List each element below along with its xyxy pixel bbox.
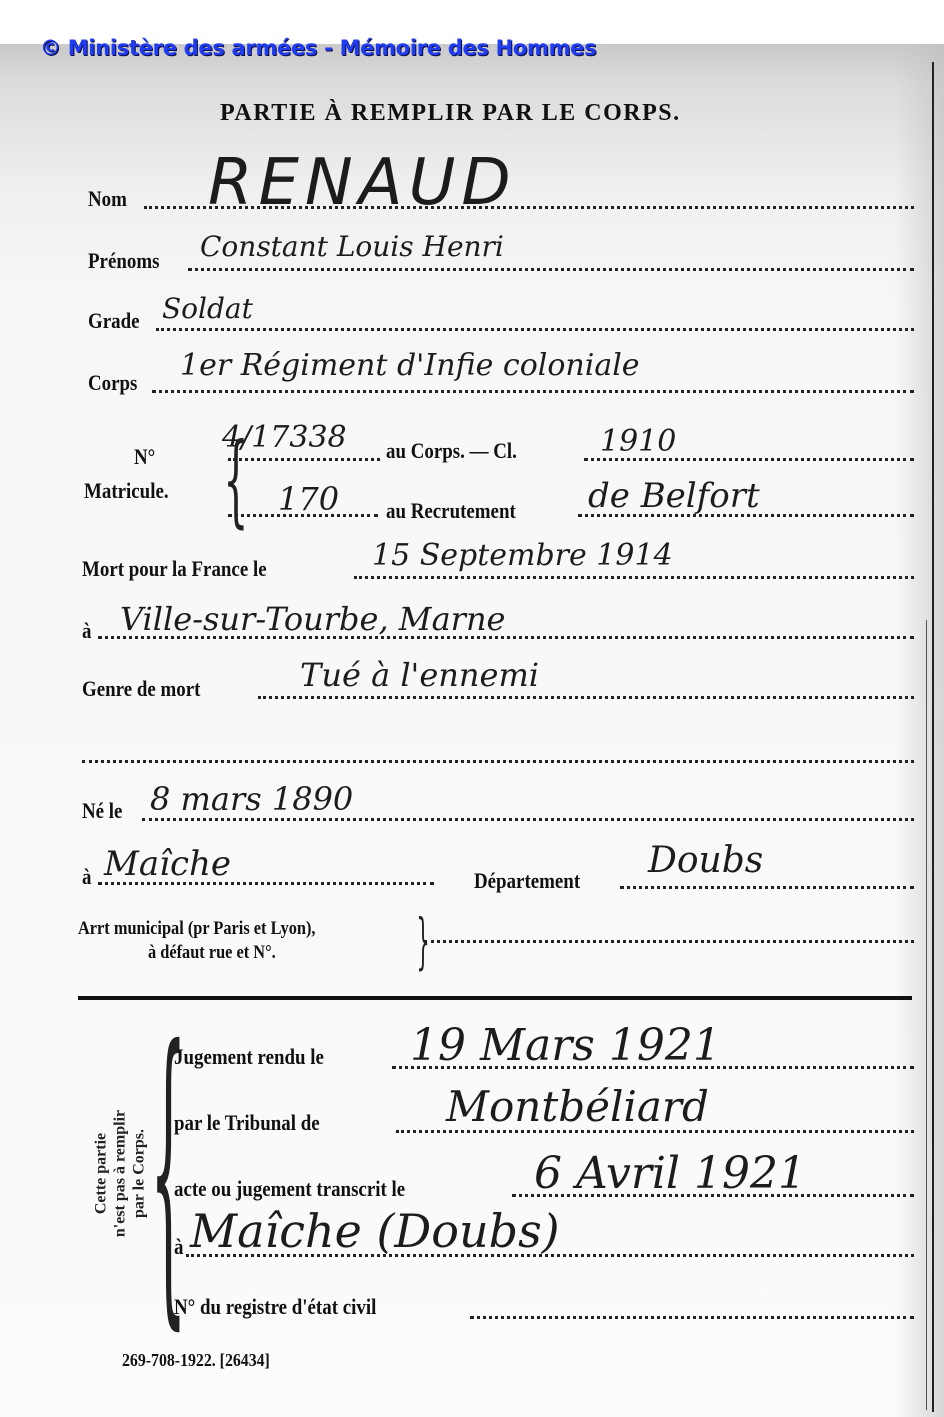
value-nom: RENAUD — [208, 146, 517, 220]
value-au-corps: 4/17338 — [222, 420, 347, 455]
line-mort-date — [354, 576, 914, 579]
right-inner-rule — [926, 620, 927, 1410]
label-mort-date: Mort pour la France le — [82, 556, 267, 582]
line-grade — [156, 328, 914, 331]
label-au-corps: au Corps. — Cl. — [386, 438, 517, 464]
value-corps: 1er Régiment d'Infie coloniale — [180, 348, 640, 383]
label-transcrit-lieu: à — [174, 1234, 183, 1260]
value-classe: 1910 — [600, 424, 676, 459]
copyright-watermark: © Ministère des armées - Mémoire des Hom… — [40, 36, 596, 60]
value-prenoms: Constant Louis Henri — [200, 230, 504, 263]
line-extra — [82, 760, 914, 763]
label-prenoms: Prénoms — [88, 248, 159, 274]
line-au-corps — [228, 458, 380, 461]
right-border-rule — [932, 62, 934, 1412]
label-grade: Grade — [88, 308, 140, 334]
value-recrutement-no: 170 — [278, 480, 339, 518]
value-departement: Doubs — [648, 840, 763, 881]
value-jugement: 19 Mars 1921 — [410, 1020, 721, 1071]
label-registre: N° du registre d'état civil — [174, 1294, 376, 1320]
line-ne-le — [142, 818, 914, 821]
side-note-line-1: Cette partie — [92, 1079, 111, 1269]
label-matricule-no: N° — [134, 444, 155, 470]
line-registre — [470, 1316, 914, 1319]
value-ne-le: 8 mars 1890 — [150, 780, 353, 818]
label-genre-mort: Genre de mort — [82, 676, 200, 702]
label-matricule: Matricule. — [84, 478, 169, 504]
label-departement: Département — [474, 868, 580, 894]
section-divider — [78, 996, 912, 1000]
label-recrutement: au Recrutement — [386, 498, 516, 524]
form-title: PARTIE À REMPLIR PAR LE CORPS. — [220, 100, 681, 127]
line-corps — [152, 390, 914, 393]
value-ne-lieu: Maîche — [104, 844, 231, 884]
value-tribunal: Montbéliard — [446, 1082, 709, 1131]
label-ne-le: Né le — [82, 798, 122, 824]
label-transcrit: acte ou jugement transcrit le — [174, 1176, 405, 1202]
label-jugement: Jugement rendu le — [174, 1044, 324, 1070]
value-transcrit: 6 Avril 1921 — [534, 1148, 806, 1199]
label-arrondissement-2: à défaut rue et N°. — [148, 942, 276, 964]
value-grade: Soldat — [162, 292, 253, 325]
line-departement — [620, 886, 914, 889]
label-nom: Nom — [88, 186, 127, 212]
label-corps: Corps — [88, 370, 137, 396]
label-arrondissement-1: Arrt municipal (pr Paris et Lyon), — [78, 918, 316, 940]
line-arrondissement — [424, 940, 914, 943]
arrondissement-brace: { — [416, 916, 429, 976]
label-tribunal: par le Tribunal de — [174, 1110, 320, 1136]
label-mort-lieu: à — [82, 618, 91, 644]
value-transcrit-lieu: Maîche (Doubs) — [190, 1204, 560, 1258]
label-ne-lieu: à — [82, 864, 91, 890]
line-prenoms — [188, 268, 914, 271]
form-reference-number: 269-708-1922. [26434] — [122, 1350, 270, 1371]
value-recrutement-place: de Belfort — [588, 476, 760, 516]
side-note-line-3: par le Corps. — [130, 1079, 149, 1269]
side-note-line-2: n'est pas à remplir — [111, 1079, 130, 1269]
value-mort-date: 15 Septembre 1914 — [372, 538, 673, 573]
value-mort-lieu: Ville-sur-Tourbe, Marne — [120, 600, 505, 638]
line-genre-mort — [258, 696, 914, 699]
value-genre-mort: Tué à l'ennemi — [300, 656, 539, 694]
